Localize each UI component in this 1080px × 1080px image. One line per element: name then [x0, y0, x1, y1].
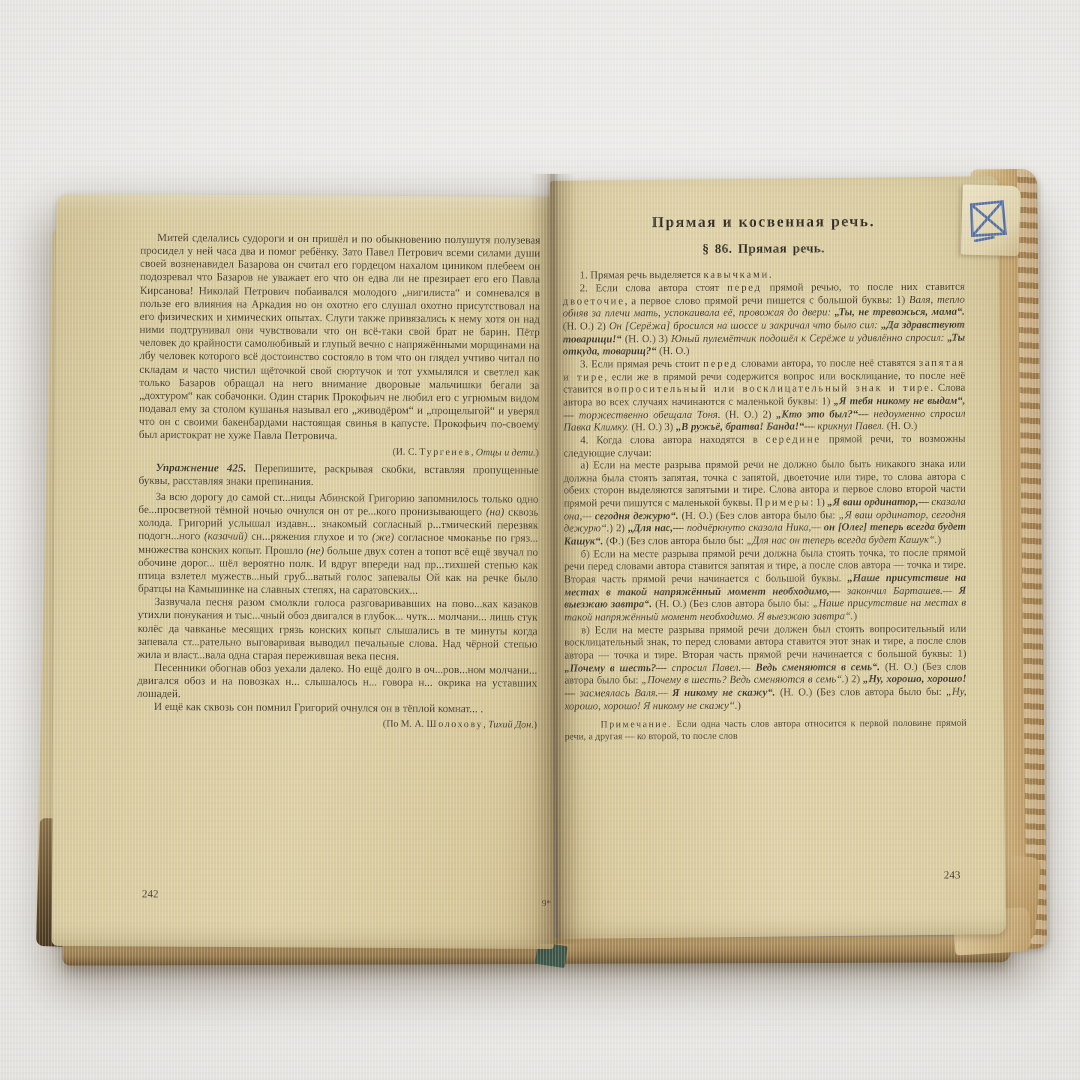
right-page-paragraphs: 1. Прямая речь выделяется кавычками.2. Е… [563, 269, 967, 744]
signature-mark: 9* [542, 898, 551, 908]
pen-scribble-icon [963, 192, 1019, 250]
paragraph: Примечание. Если одна часть слов автора … [565, 718, 967, 744]
chapter-title: Прямая и косвенная речь. [562, 216, 964, 230]
open-book: Митей сделались судороги и он пришёл и п… [38, 165, 1043, 983]
paragraph: б) Если на месте разрыва прямой речи дол… [564, 547, 966, 625]
paragraph: а) Если на месте разрыва прямой речи не … [564, 459, 966, 549]
paragraph: 3. Если прямая речь стоит перед словами … [563, 358, 965, 436]
paragraph: 2. Если слова автора стоят перед прямой … [563, 282, 965, 360]
paragraph: (По М. А. Шолохову, Тихий Дон.) [137, 715, 537, 731]
paragraph: За всю дорогу до самой ст...ницы Абинско… [138, 491, 539, 599]
paragraph: в) Если на месте разрыва прямой речи дол… [564, 623, 966, 713]
paragraph: Митей сделались судороги и он пришёл и п… [139, 232, 540, 445]
paragraph: Упражнение 425. Перепишите, раскрывая ск… [139, 461, 539, 490]
page-number-right: 243 [944, 869, 961, 881]
photo-background: Митей сделались судороги и он пришёл и п… [0, 0, 1080, 1080]
paragraph: И ещё как сквозь сон помнил Григорий очн… [137, 701, 537, 717]
section-title: § 86. Прямая речь. [563, 241, 965, 255]
paragraph: Песенники обогнав обоз уехали далеко. Но… [137, 662, 537, 704]
left-page-text: Митей сделались судороги и он пришёл и п… [136, 232, 541, 915]
paragraph: Зазвучала песня разом смолкли голоса раз… [137, 596, 537, 665]
paragraph: 4. Когда слова автора находятся в середи… [563, 434, 965, 461]
page-number-left: 242 [142, 888, 159, 900]
torn-corner-slip [961, 184, 1021, 256]
paragraph: (И. С. Тургенев, Отцы и дети.) [139, 443, 539, 459]
right-page-text: Прямая и косвенная речь. § 86. Прямая ре… [562, 216, 967, 924]
